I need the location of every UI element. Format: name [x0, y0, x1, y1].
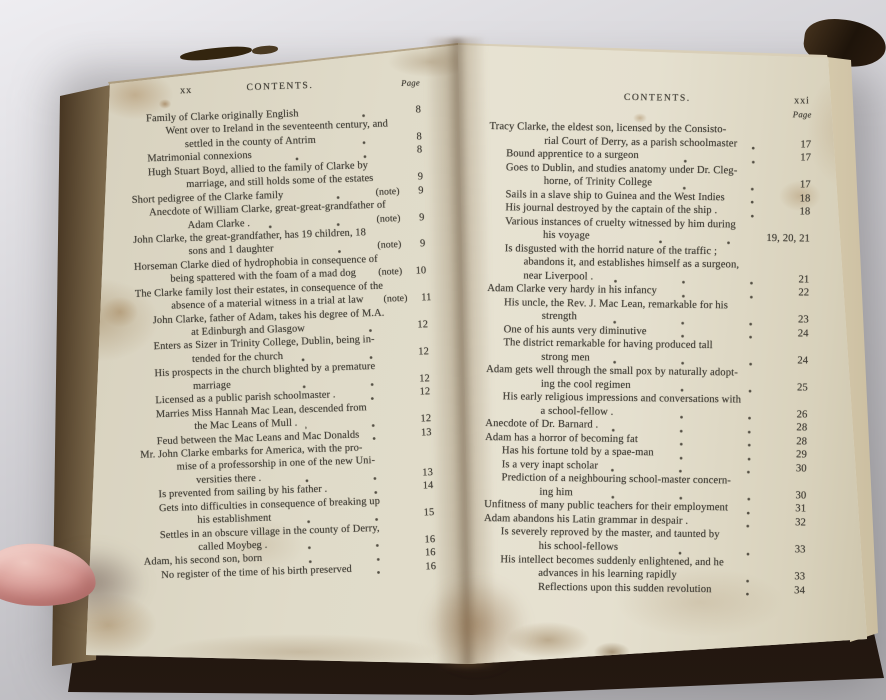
toc-line-text: Goes to Dublin, and studies anatomy unde… [506, 162, 738, 176]
toc-line-pagenum: 16 [415, 534, 435, 546]
dot-leader [665, 289, 785, 300]
toc-line-pagenum: 24 [789, 328, 809, 339]
toc-line-text: called Moybeg . [198, 540, 267, 553]
toc-line-pagenum: 22 [789, 287, 809, 298]
toc-line-text: horne, of Trinity College [544, 176, 653, 189]
toc-line-text: Matrimonial connexions [147, 150, 252, 164]
toc-line-text: his establishment [197, 513, 271, 526]
cover-fragment [180, 44, 253, 62]
toc-line-text: marriage [193, 380, 231, 392]
toc-line-text: strength [542, 311, 577, 322]
toc-line-text: near Liverpool . [523, 270, 593, 282]
dot-leader [733, 195, 787, 205]
toc-line-pagenum: 15 [414, 507, 434, 519]
toc-line-pagenum: 24 [788, 355, 808, 366]
toc-line-pagenum: 12 [409, 346, 429, 358]
left-running-title: CONTENTS. [246, 80, 313, 93]
dot-leader [745, 142, 787, 152]
toc-line-pagenum: 17 [791, 139, 811, 150]
toc-line-pagenum: 10 [406, 265, 426, 277]
toc-line-pagenum: 25 [788, 382, 808, 393]
toc-line-pagenum: 30 [787, 463, 807, 474]
toc-line-pagenum: 32 [786, 517, 806, 528]
toc-line-pagenum: 17 [791, 152, 811, 163]
toc-line-text: Anecdote of Dr. Barnard . [485, 418, 598, 431]
toc-line-text: One of his aunts very diminutive [504, 324, 647, 337]
toc-line-pagenum: 11 [411, 292, 431, 304]
toc-line-text: Is disgusted with the horrid nature of t… [505, 243, 717, 257]
toc-line-text: sons and 1 daughter [188, 244, 273, 258]
cover-fragment [252, 45, 279, 56]
right-running-title: CONTENTS. [624, 92, 691, 104]
toc-line-pagenum: 21 [789, 274, 809, 285]
dot-leader [696, 519, 782, 529]
toc-line-pagenum: 26 [787, 409, 807, 420]
note-marker: (note) [383, 293, 407, 305]
dot-leader [736, 506, 782, 516]
toc-line-pagenum: 17 [791, 179, 811, 190]
dot-leader [381, 176, 399, 186]
toc-line-text: versities there . [196, 473, 262, 486]
toc-line-text: His uncle, the Rev. J. Mac Lean, remarka… [504, 297, 728, 311]
dot-leader [646, 438, 783, 449]
toc-line-pagenum: 9 [403, 171, 423, 183]
toc-line-text: Adam has a horror of becoming fat [485, 432, 638, 445]
note-marker: (note) [377, 239, 401, 251]
toc-line-text: advances in his learning rapidly [538, 568, 677, 581]
toc-line-text: Adam abandons his Latin grammar in despa… [484, 513, 688, 527]
toc-line-pagenum: 13 [411, 427, 431, 439]
dot-leader [685, 573, 782, 583]
note-marker: (note) [375, 186, 399, 198]
toc-line-text: ing him [539, 487, 573, 498]
toc-line-pagenum: 28 [787, 436, 807, 447]
toc-line-text: Sails in a slave ship to Guinea and the … [505, 189, 724, 203]
toc-line-pagenum: 9 [405, 239, 425, 251]
toc-line-pagenum: 18 [790, 193, 810, 204]
toc-line-pagenum: 9 [404, 212, 424, 224]
dot-leader [367, 431, 408, 441]
note-marker: (note) [378, 266, 402, 278]
toc-line-text: The district remarkable for having produ… [503, 337, 712, 351]
toc-line-text: Bound apprentice to a surgeon [506, 148, 639, 161]
toc-line-pagenum: 16 [415, 547, 435, 559]
toc-line-text: his voyage [543, 230, 590, 242]
dot-leader [725, 209, 786, 219]
left-folio: xx [180, 85, 192, 96]
toc-line-pagenum: 28 [787, 423, 807, 434]
toc-line-text: his school-fellows [539, 541, 619, 553]
toc-line-pagenum: 8 [402, 131, 422, 143]
toc-line-pagenum: 9 [403, 185, 423, 197]
toc-line-text: Adam Clarke very hardy in his infancy [487, 283, 657, 296]
toc-line-text: Is a very inapt scholar [502, 459, 598, 471]
toc-line-pagenum: 8 [401, 104, 421, 116]
toc-line-text: His early religious impressions and conv… [503, 392, 741, 406]
note-marker: (note) [376, 213, 400, 225]
toc-line-pagenum: 23 [789, 314, 809, 325]
dot-leader [371, 297, 379, 306]
toc-line-pagenum: 19, 20, 21 [766, 233, 810, 245]
toc-line-pagenum: 30 [786, 490, 806, 501]
left-toc-rows: Family of Clarke originally English8Went… [129, 104, 436, 584]
dot-leader [662, 451, 783, 462]
toc-line-text: strong men [541, 352, 590, 364]
toc-line-text: Various instances of cruelty witnessed b… [505, 216, 736, 230]
toc-line-text: Adam gets well through the small pox by … [486, 364, 738, 379]
toc-line-pagenum: 14 [413, 480, 433, 492]
toc-line-text: a school-fellow . [540, 406, 613, 418]
toc-line-text: Is severely reproved by the master, and … [501, 527, 720, 541]
toc-line-pagenum: 34 [785, 585, 805, 596]
toc-line-text: Unfitness of many public teachers for th… [484, 499, 728, 513]
toc-line-text: the Mac Leans of Mull . [194, 418, 297, 432]
toc-line-pagenum: 12 [411, 413, 431, 425]
toc-line-text: Adam Clarke . [187, 218, 250, 231]
toc-line-pagenum: 12 [408, 319, 428, 331]
toc-line-pagenum: 13 [413, 467, 433, 479]
right-folio: xxi [794, 95, 810, 106]
right-toc-rows: Tracy Clarke, the eldest son, licensed b… [483, 121, 812, 598]
toc-line-text: rial Court of Derry, as a parish schoolm… [544, 135, 737, 149]
toc-line-text: Prediction of a neighbouring school-mast… [502, 473, 732, 487]
toc-line-pagenum: 18 [790, 206, 810, 217]
toc-line-pagenum: 12 [410, 386, 430, 398]
dot-leader [660, 181, 787, 192]
book-photo-scene: xx CONTENTS. Page Family of Clarke origi… [0, 0, 886, 700]
toc-line-pagenum: 8 [402, 145, 422, 157]
right-page-contents: CONTENTS. xxi Page Tracy Clarke, the eld… [483, 90, 812, 598]
toc-line-text: Adam, his second son, born [144, 553, 263, 568]
toc-line-text: abandons it, and establishes himself as … [524, 257, 740, 271]
toc-line-pagenum: 29 [787, 450, 807, 461]
left-page-contents: xx CONTENTS. Page Family of Clarke origi… [128, 76, 436, 584]
dot-leader [364, 271, 375, 280]
dot-leader [720, 587, 782, 597]
toc-line-text: Reflections upon this sudden revolution [538, 581, 712, 594]
left-page-column-label: Page [401, 77, 420, 88]
toc-line-pagenum: 12 [410, 373, 430, 385]
toc-line-text: His intellect becomes suddenly enlighten… [500, 554, 724, 568]
toc-line-pagenum: 33 [785, 571, 805, 582]
toc-line-pagenum: 31 [786, 504, 806, 515]
dot-leader [360, 565, 413, 576]
toc-line-text: His journal destroyed by the captain of … [505, 202, 717, 216]
toc-line-pagenum: 16 [416, 561, 436, 573]
toc-line-text: Tracy Clarke, the eldest son, licensed b… [489, 121, 726, 135]
toc-line-text: Has his fortune told by a spae-man [502, 446, 654, 459]
right-page-column-label: Page [793, 109, 812, 119]
toc-line-text: tended for the church [192, 351, 283, 365]
toc-line-text: ing the cool regimen [541, 379, 631, 391]
toc-line-pagenum: 33 [786, 544, 806, 555]
